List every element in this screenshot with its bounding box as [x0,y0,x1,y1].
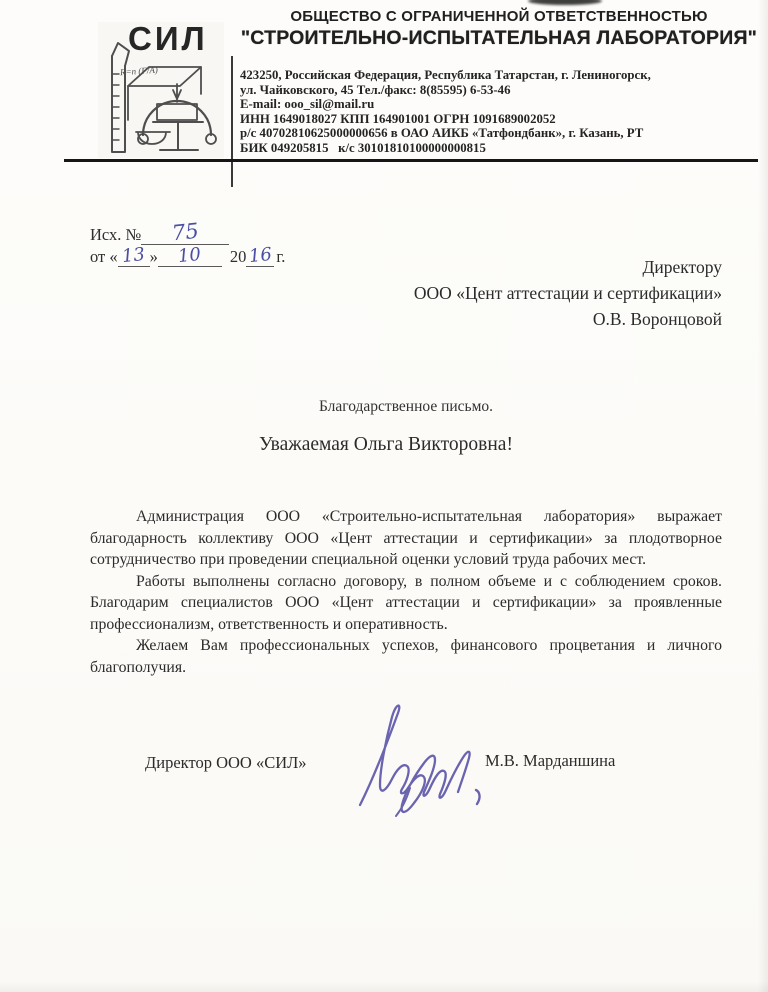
letterhead-vertical-divider [231,56,233,187]
recipient-block: Директору ООО «Цент аттестации и сертифи… [414,254,722,332]
outgoing-number-label: Исх. № [90,225,141,244]
date-year-handwritten: 16 [248,245,273,267]
letter-body: Администрация ООО «Строительно-испытател… [90,506,722,678]
date-close-quote: » [150,247,158,266]
recipient-organization: ООО «Цент аттестации и сертификации» [414,280,722,306]
org-type-line: ОБЩЕСТВО С ОГРАНИЧЕННОЙ ОТВЕТСТВЕННОСТЬЮ [238,8,760,25]
date-day-underline: 13 [118,246,150,267]
date-prefix: от « [90,247,118,266]
email-line: E-mail: ooo_sil@mail.ru [240,97,760,112]
date-row: от «13»102016г. [90,246,285,270]
address-line-1: 423250, Российская Федерация, Республика… [240,68,760,83]
outgoing-reference-block: Исх. №75 от «13»102016г. [90,222,285,270]
scan-edge-shading-bottom [0,982,768,992]
company-logo: R=n (F/A) СИЛ [98,22,224,158]
letterhead-contacts: 423250, Российская Федерация, Республика… [240,68,760,156]
date-suffix: г. [274,247,285,266]
handwritten-signature [350,693,490,818]
letter-page: R=n (F/A) СИЛ ОБЩЕСТВО С ОГРАНИЧЕННОЙ ОТ… [0,0,768,992]
tax-ids-line: ИНН 1649018027 КПП 164901001 ОГРН 109168… [240,112,760,127]
letter-salutation: Уважаемая Ольга Викторовна! [70,434,702,456]
body-paragraph-2: Работы выполнены согласно договору, в по… [90,571,722,636]
outgoing-number-underline: 75 [141,222,229,245]
letterhead-rule [64,159,758,162]
date-year-printed: 20 [222,247,247,266]
letterhead-titles: ОБЩЕСТВО С ОГРАНИЧЕННОЙ ОТВЕТСТВЕННОСТЬЮ… [238,8,760,50]
outgoing-number-row: Исх. №75 [90,222,285,246]
org-name-line: "СТРОИТЕЛЬНО-ИСПЫТАТЕЛЬНАЯ ЛАБОРАТОРИЯ" [238,27,760,50]
address-line-2: ул. Чайковского, 45 Тел./факс: 8(85595) … [240,83,760,98]
body-paragraph-3: Желаем Вам профессиональных успехов, фин… [90,635,722,678]
date-month-handwritten: 10 [177,245,202,267]
recipient-name: О.В. Воронцовой [414,306,722,332]
logo-sil-text: СИЛ [128,20,224,58]
bank-account-line: р/с 40702810625000000656 в ОАО АИКБ «Тат… [240,126,760,141]
body-paragraph-1: Администрация ООО «Строительно-испытател… [90,506,722,571]
recipient-position: Директору [414,254,722,280]
letter-title: Благодарственное письмо. [90,398,722,416]
date-year-underline: 16 [246,246,274,267]
signature-position-title: Директор ООО «СИЛ» [145,753,307,773]
date-month-underline: 10 [158,246,222,267]
outgoing-number-handwritten: 75 [171,221,200,244]
scan-smudge [528,0,602,5]
signature-name: М.В. Марданшина [485,751,615,771]
bik-line: БИК 049205815 к/с 30101810100000000815 [240,141,760,156]
date-day-handwritten: 13 [121,245,146,267]
